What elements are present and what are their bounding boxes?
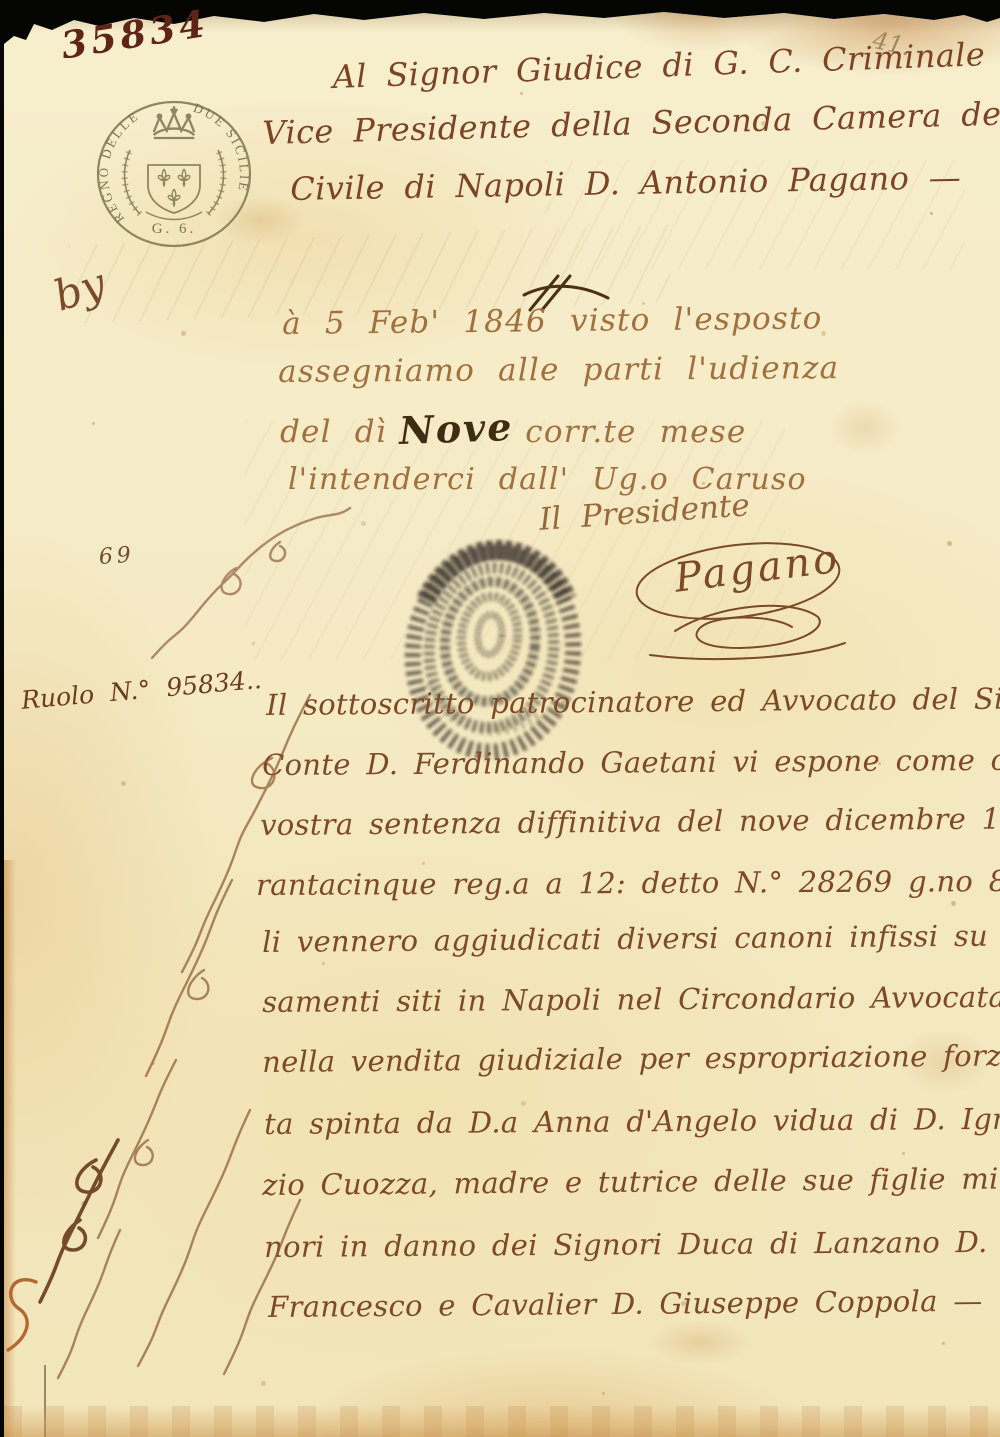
decree-line3-post: corr.te mese [525,414,746,450]
decree-line: à 5 Feb' 1846 visto l'esposto [282,300,823,342]
decree-line: del dìNovecorr.te mese [280,406,746,451]
bottom-edge-mottling [4,1406,1000,1437]
decree-hearing-day: Nove [398,404,514,453]
decree-line3-pre: del dì [280,414,387,450]
decree-line: assegniamo alle parti l'udienza [278,350,839,390]
petition-line: Il sottoscritto patrocinatore ed Avvocat… [266,681,1000,722]
laurel-branch-icon [125,150,224,220]
document-scan: 35834 41. [0,0,1000,1437]
fleur-de-lis-icon [158,169,190,206]
left-edge-toning [4,860,16,1437]
petition-line: rantacinque reg.a a 12: detto N.° 28269 … [256,863,1000,902]
foxing-speckles [0,0,3,3]
seal-value-text: G. 6. [152,221,197,237]
signature-flourish [620,535,870,670]
ink-stamp [396,532,591,777]
petition-line: zio Cuozza, madre e tutrice delle sue fi… [262,1162,999,1202]
petition-line: Conte D. Ferdinando Gaetani vi espone co… [262,743,1000,782]
petition-line: Francesco e Cavalier D. Giuseppe Coppola… [268,1284,983,1324]
petition-line: vostra sentenza diffinitiva del nove dic… [260,801,1000,842]
crown-icon [154,106,195,138]
petition-line: nella vendita giudiziale per espropriazi… [262,1038,1000,1079]
petition-line: samenti siti in Napoli nel Circondario A… [262,980,1000,1019]
petition-line: ta spinta da D.a Anna d'Angelo vidua di … [264,1102,1000,1141]
margin-number: 69 [98,542,136,569]
petition-line: nori in danno dei Signori Duca di Lanzan… [264,1225,988,1264]
dry-seal-stamp: REGNO DELLE DUE SICILIE G. 6. [84,86,264,251]
petition-line: li vennero aggiudicati diversi canoni in… [262,918,1000,959]
